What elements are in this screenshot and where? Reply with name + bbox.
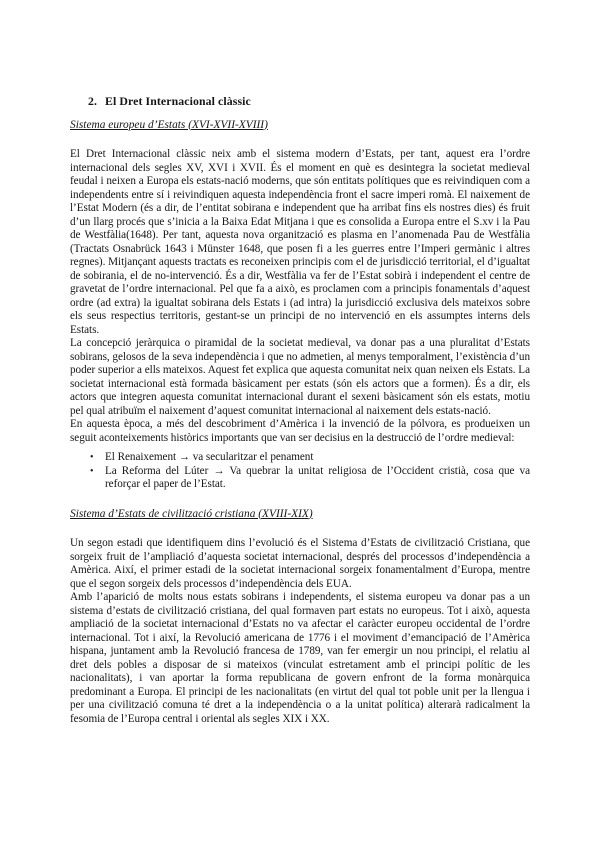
list-item: • La Reforma del Lúter → Va quebrar la u…: [105, 465, 530, 492]
paragraph: Un segon estadi que identifiquem dins l’…: [70, 537, 530, 591]
list-item-text: La Reforma del Lúter → Va quebrar la uni…: [105, 465, 530, 491]
paragraph: El Dret Internacional clàssic neix amb e…: [70, 148, 530, 337]
bullet-icon: •: [90, 465, 93, 479]
list-item-text: El Renaixement → va secularitzar el pena…: [105, 451, 313, 463]
section-title-christian-civilization: Sistema d’Estats de civilització cristia…: [70, 508, 530, 522]
bullet-icon: •: [90, 451, 93, 465]
document-heading: 2. El Dret Internacional clàssic: [88, 95, 530, 109]
bullet-list: • El Renaixement → va secularitzar el pe…: [70, 451, 530, 492]
list-item: • El Renaixement → va secularitzar el pe…: [105, 451, 530, 465]
paragraph: En aquesta època, a més del descobriment…: [70, 418, 530, 445]
heading-number: 2.: [88, 95, 105, 109]
paragraph: Amb l’aparició de molts nous estats sobi…: [70, 591, 530, 726]
section-title-european-states: Sistema europeu d’Estats (XVI-XVII-XVIII…: [70, 119, 530, 133]
heading-text: El Dret Internacional clàssic: [105, 95, 251, 109]
document-page: 2. El Dret Internacional clàssic Sistema…: [0, 0, 600, 848]
paragraph: La concepció jeràrquica o piramidal de l…: [70, 337, 530, 418]
